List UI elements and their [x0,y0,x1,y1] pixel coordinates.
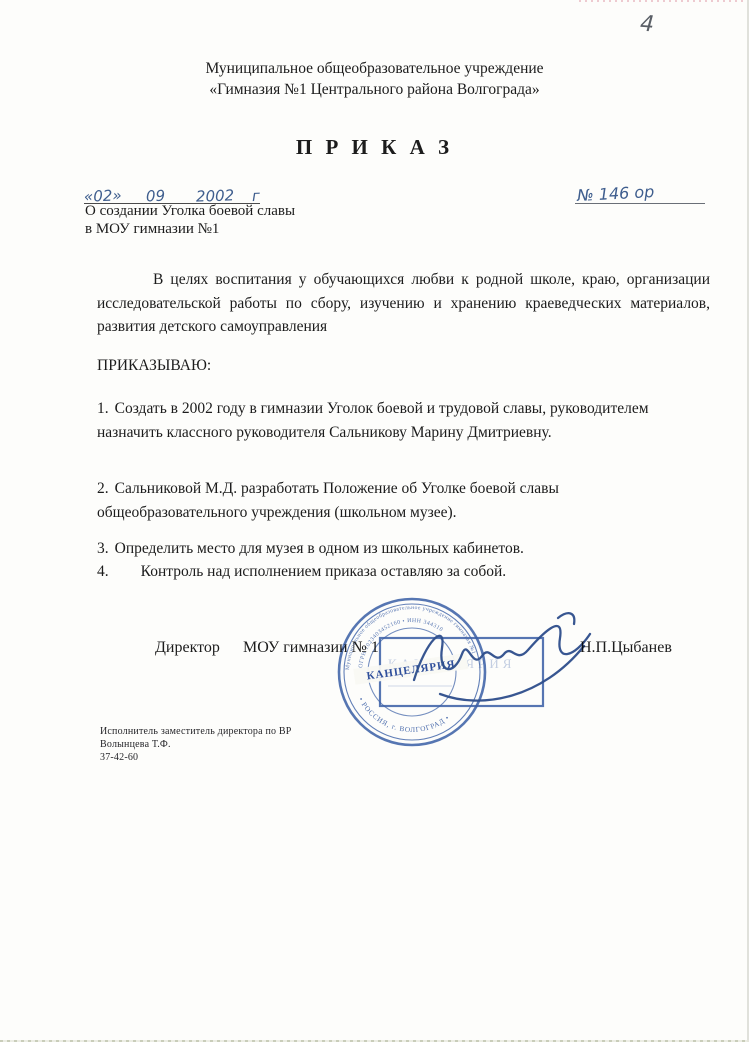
signature-role: Директор [155,639,220,657]
item-3-text: Определить место для музея в одном из шк… [115,540,524,557]
handwritten-page-number: 4 [639,12,655,38]
item-3-number: 3. [97,540,109,557]
item-1-number: 1. [97,400,109,417]
date-field: «02» 09 2002 г [84,181,260,204]
preamble-paragraph: В целях воспитания у обучающихся любви к… [97,268,710,339]
item-1-text: Создать в 2002 году в гимназии Уголок бо… [97,400,649,441]
org-name-line2: «Гимназия №1 Центрального района Волгогр… [0,81,749,99]
item-2-text: Сальниковой М.Д. разработать Положение о… [97,480,559,521]
subject-line2: в МОУ гимназии №1 [85,221,219,238]
order-word: ПРИКАЗЫВАЮ: [97,357,211,375]
stamp-and-signature-cluster: Муниципальное общеобразовательное учрежд… [322,582,612,762]
org-name-line1: Муниципальное общеобразовательное учрежд… [0,60,749,78]
order-item-1: 1.Создать в 2002 году в гимназии Уголок … [97,397,713,444]
subject-line1: О создании Уголка боевой славы [85,203,295,220]
order-item-2: 2.Сальниковой М.Д. разработать Положение… [97,477,713,524]
item-4-number: 4. [97,563,109,580]
order-number-field: № 146 ор [575,183,705,204]
executor-phone: 37-42-60 [100,752,138,763]
order-number: № 146 ор [577,182,655,205]
order-item-3: 3.Определить место для музея в одном из … [97,537,713,561]
executor-name: Волынцева Т.Ф. [100,739,171,750]
executor-line: Исполнитель заместитель директора по ВР [100,726,292,737]
document-title: П Р И К А З [0,135,749,160]
item-2-number: 2. [97,480,109,497]
scan-edge-top [579,0,749,2]
scanned-order-document: 4 Муниципальное общеобразовательное учре… [0,0,749,1042]
order-item-4: 4.Контроль над исполнением приказа остав… [97,560,713,584]
item-4-text: Контроль над исполнением приказа оставля… [141,563,507,580]
